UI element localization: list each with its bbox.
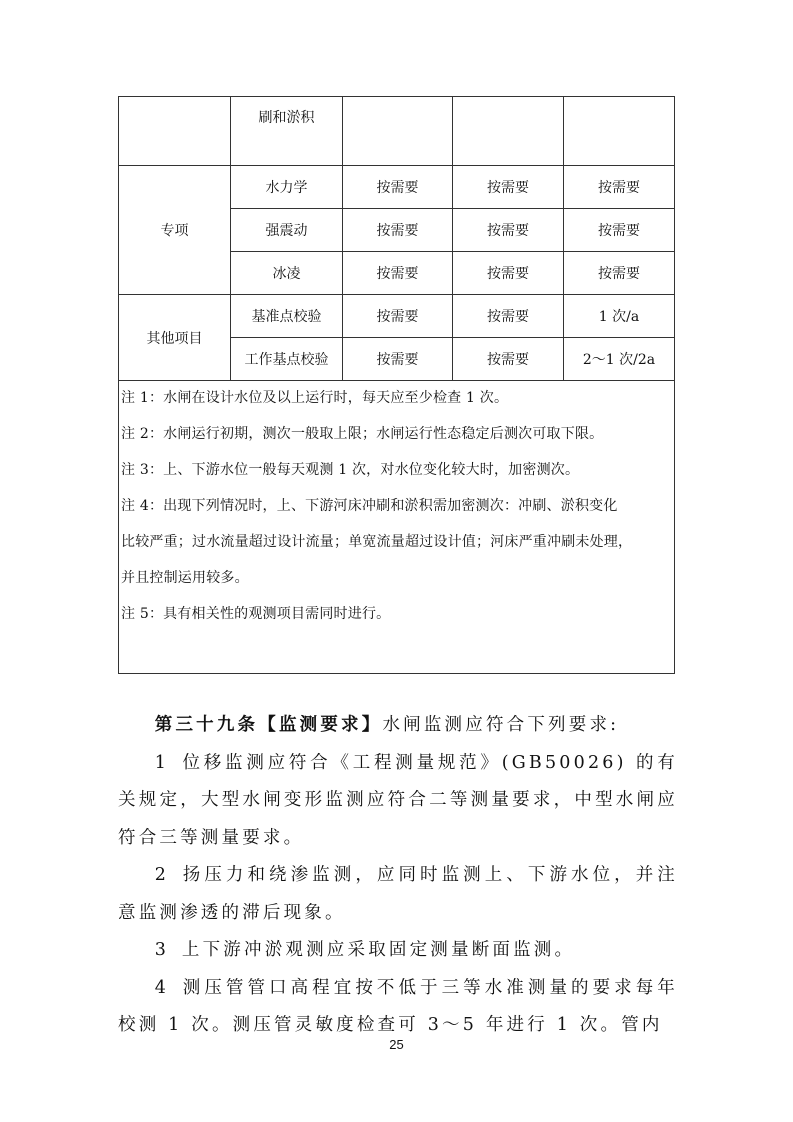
item-cell: 工作基点校验 (231, 338, 343, 381)
item-cell: 刷和淤积 (231, 97, 343, 166)
table-row: 专项 水力学 按需要 按需要 按需要 (119, 166, 675, 209)
item-text: 测压管管口高程宜按不低于三等水准测量的要求每年校测 1 次。测压管灵敏度检查可 … (118, 978, 678, 1036)
item-text: 扬压力和绕渗监测，应同时监测上、下游水位，并注意监测渗透的滞后现象。 (118, 865, 678, 923)
group-cell: 其他项目 (119, 295, 231, 381)
value-cell: 按需要 (343, 166, 453, 209)
value-cell: 按需要 (453, 338, 564, 381)
item-number: 3 (155, 940, 166, 960)
group-cell (119, 97, 231, 166)
article-intro: 水闸监测应符合下列要求: (382, 715, 619, 735)
note-1: 注 1：水闸在设计水位及以上运行时，每天应至少检查 1 次。 (121, 387, 674, 409)
value-cell: 按需要 (343, 295, 453, 338)
item-text: 位移监测应符合《工程测量规范》(GB50026) 的有关规定，大型水闸变形监测应… (118, 753, 678, 848)
note-4-line-1: 注 4：出现下列情况时，上、下游河床冲刷和淤积需加密测次：冲刷、淤积变化 (121, 495, 674, 517)
value-cell: 按需要 (343, 209, 453, 252)
value-cell: 按需要 (453, 252, 564, 295)
note-2: 注 2：水闸运行初期，测次一般取上限；水闸运行性态稳定后测次可取下限。 (121, 423, 674, 445)
page-number: 25 (0, 1037, 793, 1052)
article-item: 3上下游冲淤观测应采取固定测量断面监测。 (118, 932, 678, 970)
item-text: 上下游冲淤观测应采取固定测量断面监测。 (182, 940, 575, 960)
item-cell: 冰凌 (231, 252, 343, 295)
value-cell: 按需要 (343, 338, 453, 381)
value-cell (343, 97, 453, 166)
item-number: 4 (155, 978, 166, 998)
monitoring-frequency-table: 刷和淤积 专项 水力学 按需要 按需要 按需要 强震动 按需要 按需要 按需要 … (118, 96, 675, 674)
article-item: 4测压管管口高程宜按不低于三等水准测量的要求每年校测 1 次。测压管灵敏度检查可… (118, 970, 678, 1045)
notes-row: 注 1：水闸在设计水位及以上运行时，每天应至少检查 1 次。 注 2：水闸运行初… (119, 381, 675, 674)
value-cell: 按需要 (564, 209, 675, 252)
item-cell: 水力学 (231, 166, 343, 209)
note-5: 注 5：具有相关性的观测项目需同时进行。 (121, 603, 674, 625)
item-number: 1 (155, 753, 166, 773)
article-body: 第三十九条【监测要求】水闸监测应符合下列要求: 1位移监测应符合《工程测量规范》… (118, 707, 678, 1045)
item-cell: 强震动 (231, 209, 343, 252)
article-item: 2扬压力和绕渗监测，应同时监测上、下游水位，并注意监测渗透的滞后现象。 (118, 857, 678, 932)
value-cell: 按需要 (564, 166, 675, 209)
article-heading: 第三十九条【监测要求】水闸监测应符合下列要求: (118, 707, 678, 745)
article-item: 1位移监测应符合《工程测量规范》(GB50026) 的有关规定，大型水闸变形监测… (118, 745, 678, 858)
table-row: 刷和淤积 (119, 97, 675, 166)
value-cell: 按需要 (453, 295, 564, 338)
note-4-line-2: 比较严重；过水流量超过设计流量；单宽流量超过设计值；河床严重冲刷未处理， (121, 531, 674, 553)
value-cell: 按需要 (453, 209, 564, 252)
value-cell (564, 97, 675, 166)
notes-cell: 注 1：水闸在设计水位及以上运行时，每天应至少检查 1 次。 注 2：水闸运行初… (119, 381, 675, 674)
value-cell: 按需要 (453, 166, 564, 209)
item-cell: 基准点校验 (231, 295, 343, 338)
value-cell: 1 次/a (564, 295, 675, 338)
value-cell (453, 97, 564, 166)
value-cell: 按需要 (343, 252, 453, 295)
note-4-line-3: 并且控制运用较多。 (121, 567, 674, 589)
value-cell: 2～1 次/2a (564, 338, 675, 381)
value-cell: 按需要 (564, 252, 675, 295)
group-cell: 专项 (119, 166, 231, 295)
item-number: 2 (155, 865, 166, 885)
table-row: 其他项目 基准点校验 按需要 按需要 1 次/a (119, 295, 675, 338)
note-3: 注 3：上、下游水位一般每天观测 1 次，对水位变化较大时，加密测次。 (121, 459, 674, 481)
article-title: 第三十九条【监测要求】 (155, 715, 383, 735)
